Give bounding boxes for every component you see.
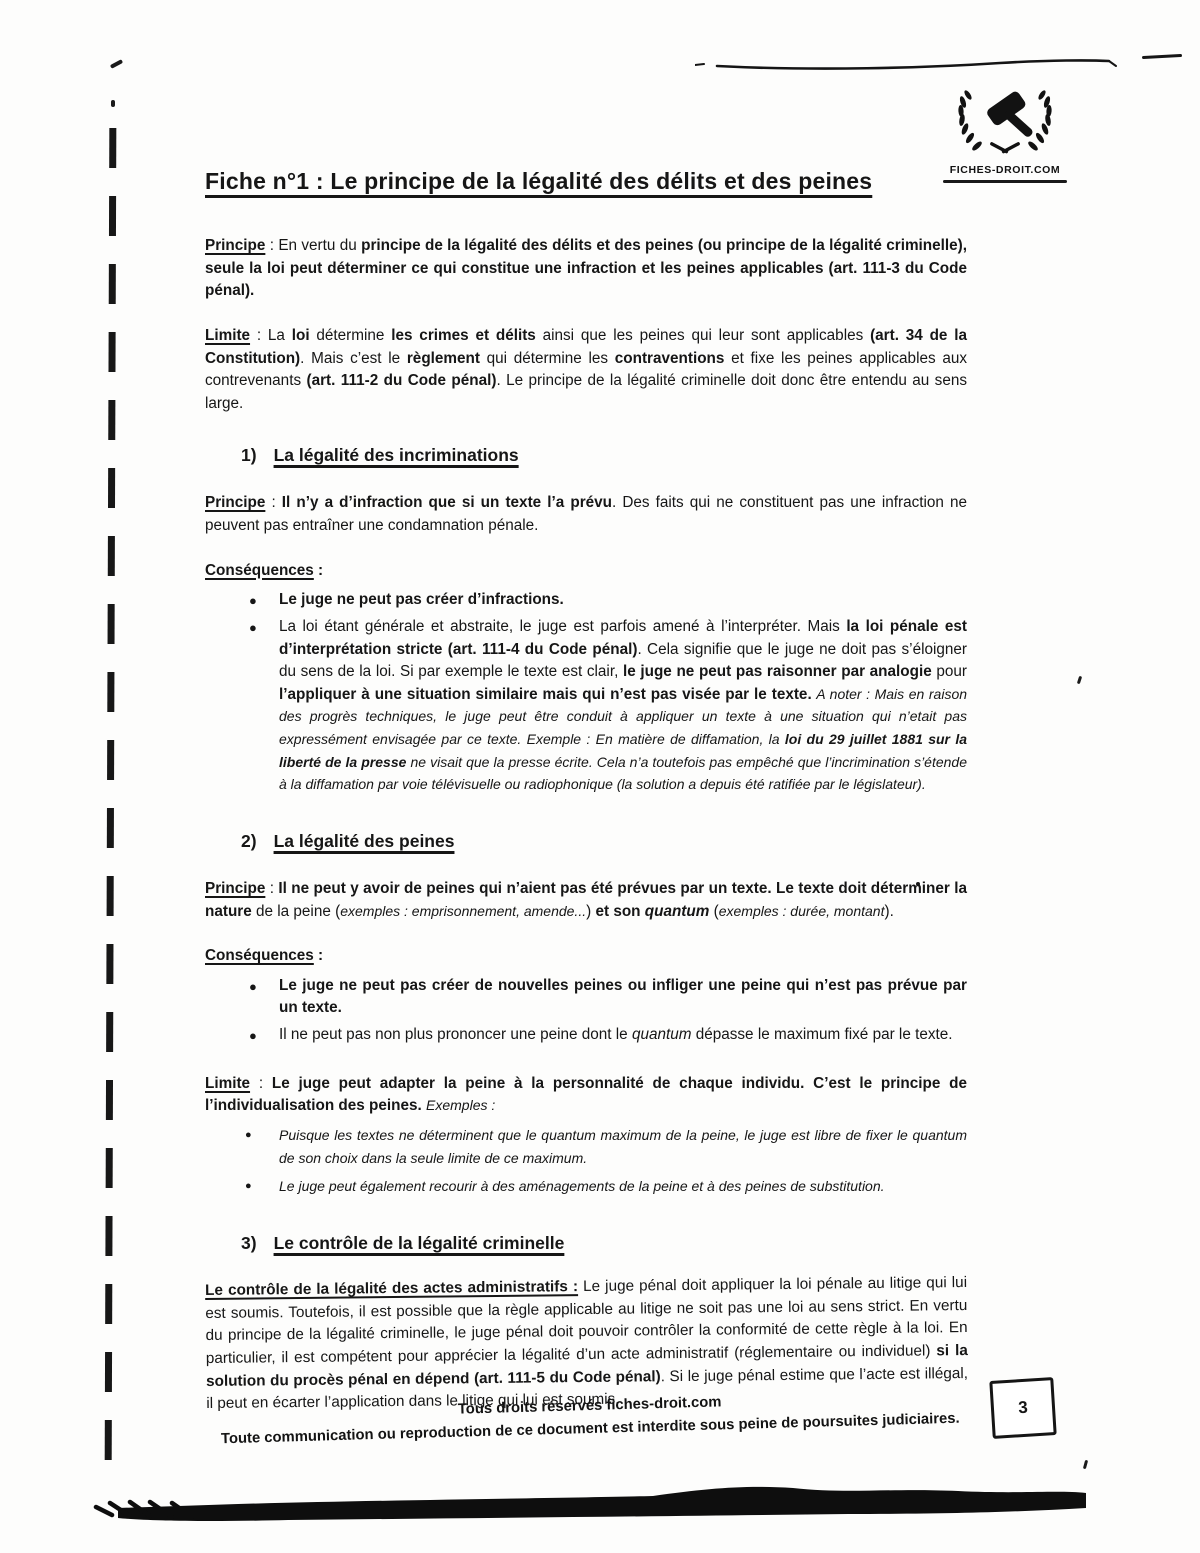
scanned-page: FICHES-DROIT.COM Fiche n°1 : Le principe…	[0, 0, 1200, 1553]
scan-speck	[1083, 1460, 1088, 1469]
bullet-icon: ●	[249, 1024, 279, 1047]
section-number: 2)	[241, 831, 257, 851]
bullet-icon: ●	[249, 589, 279, 612]
bullet-item: ●Il ne peut pas non plus prononcer une p…	[249, 1024, 967, 1047]
section-number: 1)	[241, 445, 257, 465]
paragraph: Conséquences :	[205, 560, 967, 583]
scan-speck	[1077, 676, 1082, 685]
bullet-text: Il ne peut pas non plus prononcer une pe…	[279, 1024, 967, 1047]
bullet-item: ●La loi étant générale et abstraite, le …	[249, 616, 967, 797]
bullet-item: ●Puisque les textes ne déterminent que l…	[245, 1125, 967, 1170]
paragraph: Limite : La loi détermine les crimes et …	[205, 325, 967, 416]
bullet-text: Le juge peut également recourir à des am…	[279, 1176, 967, 1199]
document-title: Fiche n°1 : Le principe de la légalité d…	[205, 168, 967, 195]
bullet-icon: ●	[249, 616, 279, 797]
bullet-item: ●Le juge peut également recourir à des a…	[245, 1176, 967, 1199]
scan-artifact	[1142, 54, 1182, 59]
section-heading: 3)Le contrôle de la légalité criminelle	[241, 1233, 967, 1254]
bullet-text: Le juge ne peut pas créer d’infractions.	[279, 589, 967, 612]
gavel-laurel-icon	[943, 86, 1067, 158]
bullet-icon: ●	[245, 1125, 279, 1170]
scan-band-artifact	[88, 1484, 1090, 1534]
section-heading-text: La légalité des peines	[274, 831, 455, 851]
paragraph: Principe : Il ne peut y avoir de peines …	[205, 878, 967, 923]
document-body: Fiche n°1 : Le principe de la légalité d…	[205, 168, 967, 1438]
binding-marks-artifact	[105, 128, 117, 1466]
bullet-text: La loi étant générale et abstraite, le j…	[279, 616, 967, 797]
page-number: 3	[1018, 1398, 1029, 1419]
scan-artifact	[111, 100, 115, 107]
bullet-item: ●Le juge ne peut pas créer de nouvelles …	[249, 975, 967, 1020]
section-heading: 1)La légalité des incriminations	[241, 445, 967, 466]
page-number-box: 3	[989, 1377, 1056, 1439]
bullet-text: Le juge ne peut pas créer de nouvelles p…	[279, 975, 967, 1020]
bullet-text: Puisque les textes ne déterminent que le…	[279, 1125, 967, 1170]
bullet-icon: ●	[245, 1176, 279, 1199]
scan-line-artifact	[695, 50, 1125, 78]
bullet-item: ●Le juge ne peut pas créer d’infractions…	[249, 589, 967, 612]
section-heading-text: La légalité des incriminations	[274, 445, 519, 465]
scan-artifact	[110, 59, 123, 69]
paragraph: Limite : Le juge peut adapter la peine à…	[205, 1073, 967, 1118]
paragraph: Principe : En vertu du principe de la lé…	[205, 235, 967, 303]
bullet-icon: ●	[249, 975, 279, 1020]
section-heading: 2)La légalité des peines	[241, 831, 967, 852]
section-number: 3)	[241, 1233, 257, 1253]
paragraph: Principe : Il n’y a d’infraction que si …	[205, 492, 967, 537]
paragraph: Conséquences :	[205, 945, 967, 968]
section-heading-text: Le contrôle de la légalité criminelle	[274, 1233, 565, 1253]
